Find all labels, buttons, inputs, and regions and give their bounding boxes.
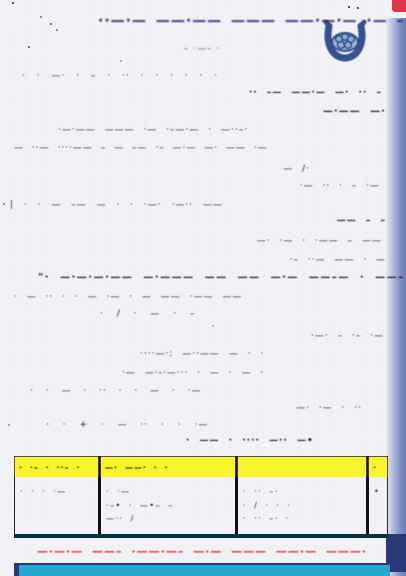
table-header-cell: —· ——· · ·	[101, 457, 235, 477]
text-line: ·— ·· · – ·—	[300, 182, 380, 191]
table-header-cell: ·	[369, 457, 387, 477]
table-cell: · ·· –· · / · · · · ·· –· ·	[238, 477, 366, 534]
table-cell: •	[369, 477, 387, 534]
letter-subtitle: – ·—– ·	[150, 44, 254, 54]
table-header-cell	[238, 457, 366, 477]
text-line: ·· –— ——·— —· ·· –	[249, 89, 382, 98]
table-column: —· ——· · · · ·— ·–• · —•– – —·· /	[101, 457, 238, 534]
text-line: ·— —·-·—··· · — · — ·	[122, 369, 264, 378]
text-line: —· ·— · ··	[296, 404, 362, 413]
table-column: · ·– · ··– · · · · ·—	[15, 457, 101, 534]
text-line: · · + · — ·· · · ·—	[46, 421, 346, 430]
text-line: · / · — · –	[100, 310, 368, 319]
text-line: ····—·: —··—— — · ·	[140, 350, 264, 359]
text-line: — ··— ····—— – — –— ·– —·— —· —— ·—	[14, 144, 388, 153]
text-line: · · — · ·· · · — · ·—	[30, 387, 376, 396]
text-line: —·—— —·	[323, 107, 386, 117]
letter-title: ··—·— ——·—— ——— ——·—·— ·— –—·	[98, 13, 320, 29]
text-line: — /·	[283, 165, 310, 174]
text-line: —— – –	[337, 217, 386, 226]
text-line: —· ·— · ·—— – ——	[257, 237, 382, 246]
text-line: ·– ··— —— · —	[290, 256, 386, 265]
table-cell: · · · ·—	[15, 477, 98, 534]
scan-noise-specks	[12, 2, 14, 4]
text-line: | · · — –— — · · ·—· ·—·· ——	[10, 201, 388, 210]
text-line: ·—· – ·– ·—	[311, 332, 384, 341]
text-line: · — ·· · · — ·— · — —— ·—— ——	[14, 293, 388, 302]
text-line: · —— · ···· —·· —•	[186, 437, 314, 446]
table-column: · ·· –· · / · · · · ·· –· ·	[238, 457, 369, 534]
text-line: "· —·—·—·—— —·——— —— —— —·— ——–— · ——–	[38, 273, 405, 283]
text-line: ·—·—— ——— ·— ·–—·— · —··–·	[58, 126, 388, 135]
summary-table: · ·– · ··– · · · · ·— —· ——· · · · ·— ·–…	[14, 456, 388, 538]
table-column: · •	[369, 457, 387, 534]
bottom-cyan-bar	[14, 563, 390, 576]
table-header-cell: · ·– · ··– ·	[15, 457, 98, 477]
red-corner-mark	[392, 0, 406, 12]
binding-edge	[386, 18, 406, 576]
scanned-letter-page: ··—·— ——·—— ——— ——·—·— ·— –—· – ·—– · · …	[0, 0, 406, 576]
table-cell: · ·— ·–• · —•– – —·· /	[101, 477, 235, 534]
footer-red-script-line: —·—·— ——– ·——·—– —·— ——— ——·— ———·	[20, 545, 384, 558]
text-line: · · —· · – · ·· · · · · · ·	[22, 72, 358, 81]
